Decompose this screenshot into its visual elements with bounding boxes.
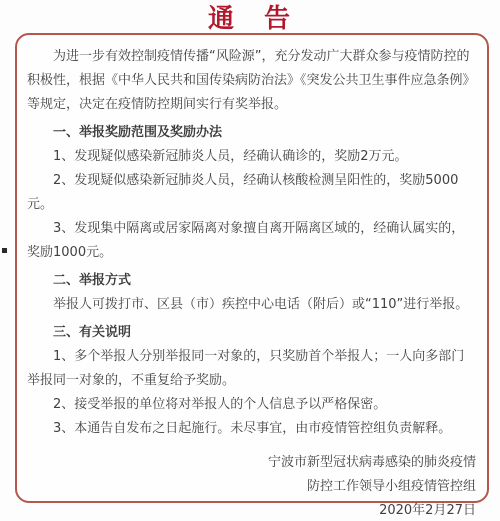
- signature-date: 2020年2月27日: [27, 499, 476, 521]
- notice-body-box: 为进一步有效控制疫情传播“风险源”，充分发动广大群众参与疫情防控的积极性，根据《…: [15, 33, 489, 503]
- signature-block: 宁波市新型冠状病毒感染的肺炎疫情 防控工作领导小组疫情管控组 2020年2月27…: [27, 451, 476, 521]
- intro-paragraph: 为进一步有效控制疫情传播“风险源”，充分发动广大群众参与疫情防控的积极性，根据《…: [27, 45, 476, 117]
- section-1-item-2: 2、发现疑似感染新冠肺炎人员，经确认核酸检测呈阳性的，奖励5000元。: [27, 169, 476, 217]
- notice-page: { "page": { "background_color": "#fdfdfd…: [0, 0, 500, 521]
- section-2-item-1: 举报人可拨打市、区县（市）疾控中心电话（附后）或“110”进行举报。: [27, 293, 476, 317]
- section-1-item-3: 3、发现集中隔离或居家隔离对象擅自离开隔离区域的，经确认属实的，奖励1000元。: [27, 217, 476, 265]
- section-1-item-1: 1、发现疑似感染新冠肺炎人员，经确认确诊的，奖励2万元。: [27, 145, 476, 169]
- section-2-heading: 二、举报方式: [27, 269, 476, 293]
- section-1-heading: 一、举报奖励范围及奖励办法: [27, 121, 476, 145]
- section-3-heading: 三、有关说明: [27, 321, 476, 345]
- section-3-item-2: 2、接受举报的单位将对举报人的个人信息予以严格保密。: [27, 393, 476, 417]
- section-3-item-1: 1、多个举报人分别举报同一对象的，只奖励首个举报人；一人向多部门举报同一对象的，…: [27, 345, 476, 393]
- signature-org-line2: 防控工作领导小组疫情管控组: [27, 475, 476, 499]
- notice-title: 通 告: [0, 0, 500, 33]
- section-3-item-3: 3、本通告自发布之日起施行。未尽事宜，由市疫情管控组负责解释。: [27, 417, 476, 441]
- stray-dot-artifact: [2, 248, 7, 253]
- signature-org-line1: 宁波市新型冠状病毒感染的肺炎疫情: [27, 451, 476, 475]
